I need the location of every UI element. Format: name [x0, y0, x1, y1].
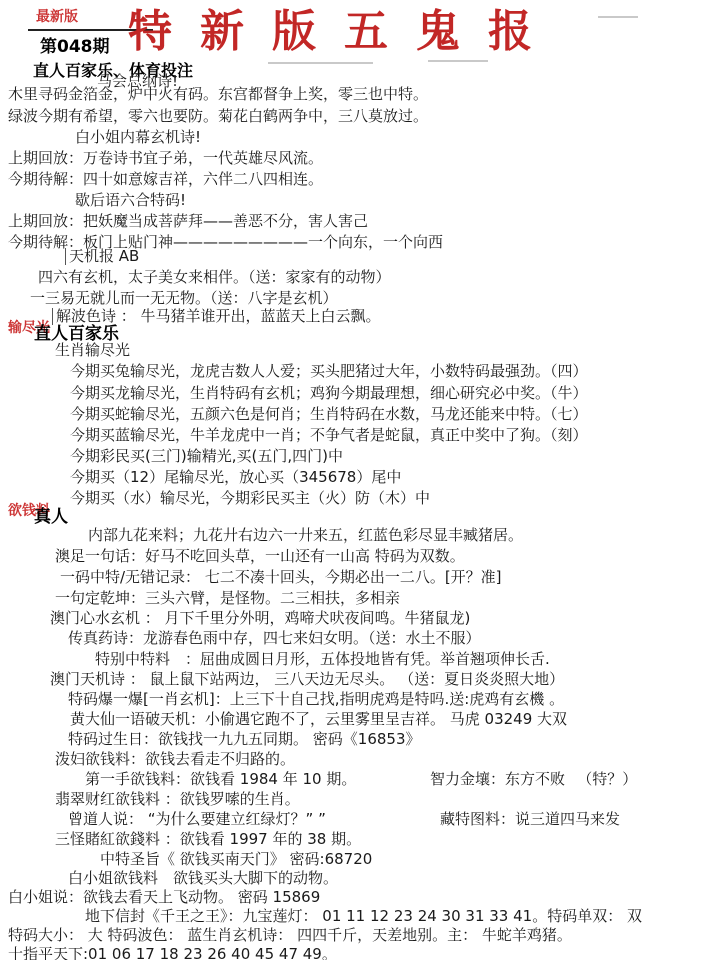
- text-line: 翡翠财红欲钱料 ：欲钱罗嗦的生肖。: [55, 791, 300, 808]
- text-line: 今期买蓝输尽光，牛羊龙虎中一肖；不争气者是蛇鼠，真正中奖中了狗。（刻）: [70, 427, 588, 444]
- text-line: 内部九花来料；九花廾右边六一廾来五，红蓝色彩尽显丰臧猪居。: [88, 527, 523, 544]
- text-line: 天机报 AB: [65, 248, 139, 265]
- text-line: 白小姐欲钱料 欲钱买头大脚下的动物。: [68, 870, 338, 887]
- text-line: 四六有玄机，太子美女来相伴。（送：家家有的动物）: [38, 269, 391, 286]
- text-line: 一句定乾坤：三头六臂，是怪物。二三相扶，多相亲: [55, 590, 400, 607]
- artifact-line: [598, 16, 638, 18]
- text-line: 一三易无就儿而一无无物。（送：八字是玄机）: [30, 290, 338, 307]
- issue-number: 第048期: [40, 32, 110, 57]
- text-line: 特码过生日：欲钱找一九九五同期。 密码《16853》: [68, 731, 421, 748]
- text-line: 澳门心水玄机 ： 月下千里分外明，鸡啼犬吠夜间鸣。牛猪鼠龙): [50, 610, 470, 627]
- tip-sheet-page: 最新版 第048期 特新版五鬼报 直人百家乐、体育投注 马会总纲诗! 木里寻码金…: [0, 0, 713, 960]
- text-line: 第一手欲钱料：欲钱看 1984 年 10 期。: [85, 771, 356, 788]
- text-line: 今期买兔输尽光，龙虎吉数人人爱；买头肥猪过大年，小数特码最强劲。（四）: [70, 363, 588, 380]
- text-line: 曾道人说： “为什么要建立红绿灯？” ”: [68, 811, 326, 828]
- artifact-line: [268, 62, 373, 64]
- section-heading: 真人: [34, 508, 68, 528]
- text-line: 特码爆一爆[一肖玄机]：上三下十自己找,指明虎鸡是特吗.送:虎鸡有玄機 。: [68, 691, 564, 708]
- text-line: 今期彩民买(三门)输精光,买(五门,四门)中: [70, 448, 343, 465]
- text-line: 特别中特料 ：屈曲成圆日月形，五体投地皆有凭。举首翘项伸长舌.: [95, 651, 550, 668]
- artifact-line: [428, 60, 488, 62]
- text-line: 澳门天机诗 ： 鼠上鼠下站两边， 三八天边无尽头。 （送：夏日炎炎照大地）: [50, 671, 564, 688]
- text-line: 十指平天下:01 06 17 18 23 26 40 45 47 49。: [8, 946, 337, 960]
- text-line: 地下信封《千王之王》：九宝莲灯： 01 11 12 23 24 30 31 33…: [85, 908, 642, 925]
- text-line: 黄大仙一语破天机：小偷遇它跑不了，云里雾里呈吉祥。 马虎 03249 大双: [70, 711, 567, 728]
- text-line: 绿波今期有希望，零六也要防。菊花白鹤两争中，三八莫放过。: [8, 108, 428, 125]
- text-line: 今期待解：四十如意嫁吉祥，六伴二八四相连。: [8, 171, 323, 188]
- text-line: 生肖输尽光: [55, 342, 130, 359]
- text-line: 澳足一句话：好马不吃回头草，一山还有一山高 特码为双数。: [55, 548, 465, 565]
- text-line: 歇后语六合特码!: [75, 192, 186, 209]
- text-line: 一码中特/无错记录： 七二不凑十回头，今期必出一二八。[开？准]: [60, 569, 502, 586]
- text-line: 上期回放：万卷诗书宜子弟，一代英雄尽风流。: [8, 150, 323, 167]
- text-line: 今期买（12）尾输尽光，放心买（345678）尾中: [70, 469, 401, 486]
- text-line: 今期买（水）输尽光，今期彩民买主（火）防（木）中: [70, 490, 430, 507]
- edition-label: 最新版: [36, 6, 78, 26]
- text-line: 特码大小： 大 特码波色： 蓝生肖玄机诗： 四四千斤，天差地别。主： 牛蛇羊鸡猪…: [8, 927, 572, 944]
- text-line: 传真药诗：龙游春色雨中存，四七来妇女明。（送：水土不服）: [68, 630, 481, 647]
- text-line: 木里寻码金箔金，炉中火有码。东宫都督争上奖，零三也中特。: [8, 86, 428, 103]
- text-line: 今期买龙输尽光，生肖特码有玄机；鸡狗今期最理想，细心研究必中奖。（牛）: [70, 385, 588, 402]
- right-note: 藏特图料：说三道四马来发: [440, 811, 620, 828]
- right-note: 智力金壤：东方不败 （特？）: [430, 771, 637, 788]
- text-line: 解波色诗 ： 牛马猪羊谁开出，蓝蓝天上白云飘。: [52, 308, 381, 325]
- text-line: 中特圣旨《 欲钱买南天门》 密码:68720: [100, 851, 372, 868]
- text-line: 白小姐说：欲钱去看天上飞动物。 密码 15869: [8, 889, 320, 906]
- page-title: 特新版五鬼报: [128, 10, 560, 54]
- text-line: 泼妇欲钱料：欲钱去看走不归路的。: [55, 751, 295, 768]
- text-line: 三怪賭紅欲錢料 ：欲钱看 1997 年的 38 期。: [55, 831, 361, 848]
- text-line: 今期买蛇输尽光，五颜六色是何肖；生肖特码在水数，马龙还能来中特。（七）: [70, 406, 588, 423]
- text-line: 白小姐内幕玄机诗!: [75, 129, 201, 146]
- text-line: 上期回放：把妖魔当成菩萨拜——善恶不分，害人害己: [8, 213, 368, 230]
